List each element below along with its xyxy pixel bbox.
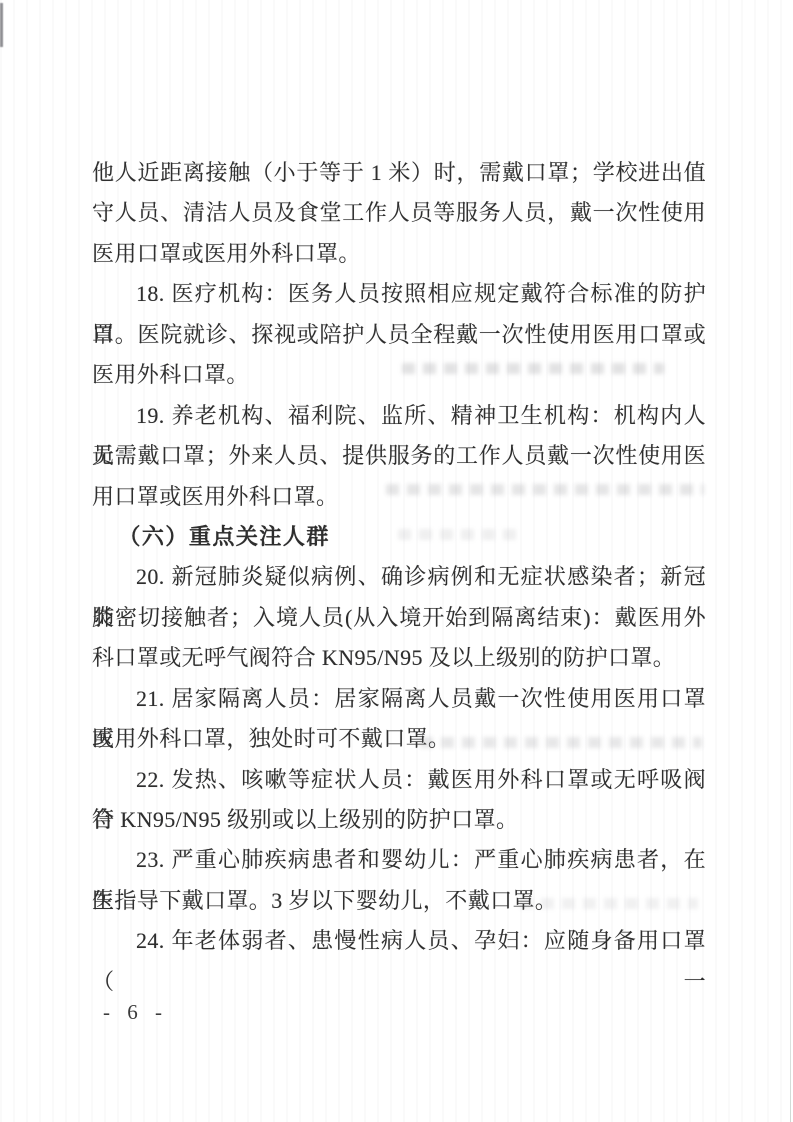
text-line: 22. 发热、咳嗽等症状人员：戴医用外科口罩或无呼吸阀符: [92, 760, 706, 800]
text-line: 24. 年老体弱者、患慢性病人员、孕妇：应随身备用口罩（一: [92, 921, 706, 961]
text-line: 23. 严重心肺疾病患者和婴幼儿：严重心肺疾病患者，在医: [92, 840, 706, 880]
text-line: 21. 居家隔离人员：居家隔离人员戴一次性使用医用口罩或: [92, 679, 706, 719]
text-line: 18. 医疗机构：医务人员按照相应规定戴符合标准的防护口: [92, 274, 706, 314]
scan-edge-line: [790, 0, 791, 1122]
text-line: 19. 养老机构、福利院、监所、精神卫生机构：机构内人员: [92, 396, 706, 436]
text-line: 科口罩或无呼气阀符合 KN95/N95 及以上级别的防护口罩。: [92, 638, 706, 678]
scanned-document-page: 他人近距离接触（小于等于 1 米）时，需戴口罩；学校进出值 守人员、清洁人员及食…: [0, 0, 793, 1122]
text-line: 无需戴口罩；外来人员、提供服务的工作人员戴一次性使用医: [92, 436, 706, 476]
section-heading: （六）重点关注人群: [92, 517, 706, 557]
text-line: 他人近距离接触（小于等于 1 米）时，需戴口罩；学校进出值: [92, 153, 706, 193]
text-line: 用口罩或医用外科口罩。: [92, 477, 706, 517]
text-line: 炎密切接触者；入境人员(从入境开始到隔离结束)：戴医用外: [92, 598, 706, 638]
body-text: 他人近距离接触（小于等于 1 米）时，需戴口罩；学校进出值 守人员、清洁人员及食…: [92, 153, 706, 962]
text-line: 生指导下戴口罩。3 岁以下婴幼儿，不戴口罩。: [92, 881, 706, 921]
text-line: 罩。医院就诊、探视或陪护人员全程戴一次性使用医用口罩或: [92, 315, 706, 355]
page-number: - 6 -: [103, 1000, 168, 1025]
scan-edge-artifact: [0, 3, 3, 47]
text-line: 守人员、清洁人员及食堂工作人员等服务人员，戴一次性使用: [92, 193, 706, 233]
text-line: 医用外科口罩，独处时可不戴口罩。: [92, 719, 706, 759]
text-line: 医用外科口罩。: [92, 355, 706, 395]
text-line: 医用口罩或医用外科口罩。: [92, 234, 706, 274]
text-line: 合 KN95/N95 级别或以上级别的防护口罩。: [92, 800, 706, 840]
text-line: 20. 新冠肺炎疑似病例、确诊病例和无症状感染者；新冠肺: [92, 557, 706, 597]
